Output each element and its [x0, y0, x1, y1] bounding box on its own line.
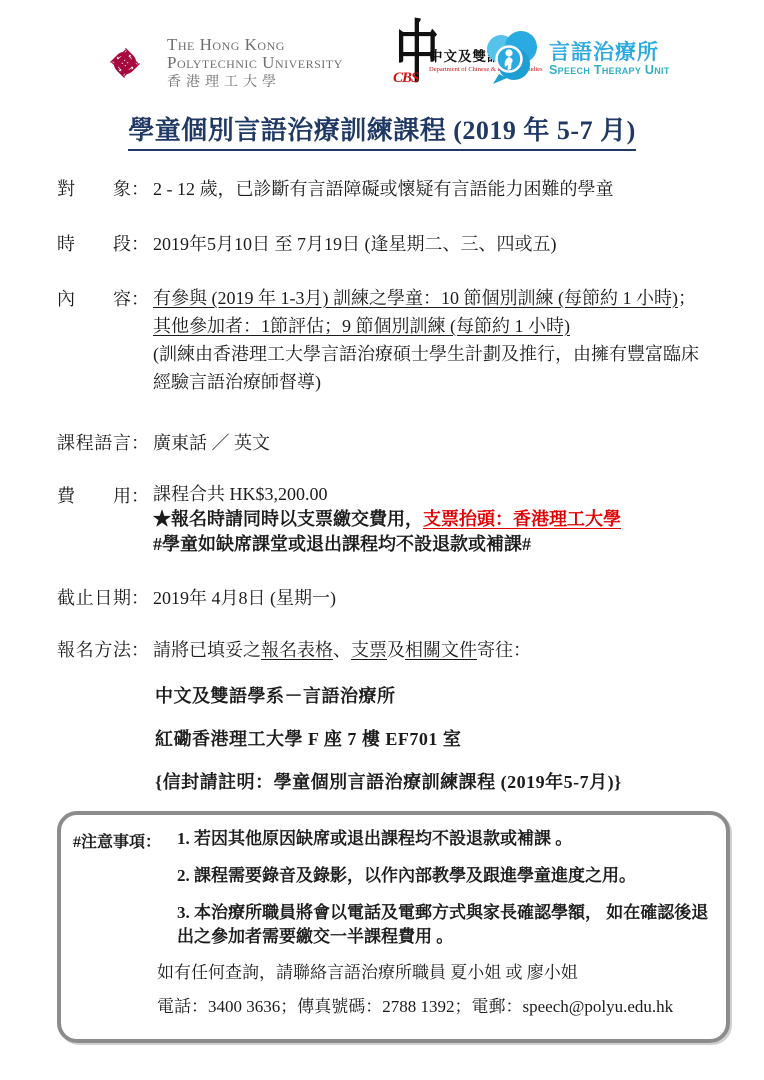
notes-label: #注意事項： — [73, 827, 169, 852]
address-line1: 中文及雙語學系－言語治療所 — [155, 682, 707, 708]
colon: ： — [131, 285, 149, 311]
row-fee: 費用： 課程合共 HK$3,200.00 ★報名時請同時以支票繳交費用，支票抬頭… — [57, 482, 707, 558]
notes-items: 1. 若因其他原因缺席或退出課程均不設退款或補課 。 2. 課程需要錄音及錄影，… — [177, 827, 710, 961]
speech-therapy-unit-logo: 言語治療所 Speech Therapy Unit — [481, 30, 670, 88]
mailing-address: 中文及雙語學系－言語治療所 紅磡香港理工大學 F 座 7 樓 EF701 室 {… — [155, 682, 707, 794]
flyer-page: P P P P The Hong Kong Polytechnic Univer… — [0, 0, 764, 1080]
address-line2: 紅磡香港理工大學 F 座 7 樓 EF701 室 — [155, 725, 707, 751]
polyu-name-chinese: 香港理工大學 — [167, 75, 343, 90]
details-line1: 有參與 (2019 年 1-3月) 訓練之學童：10 節個別訓練 (每節約 1 … — [153, 285, 707, 313]
details-line3: (訓練由香港理工大學言語治療碩士學生計劃及推行，由擁有豐富臨床經驗言語治療師督導… — [153, 341, 707, 397]
fee-amount: 課程合共 HK$3,200.00 — [153, 482, 707, 507]
page-title: 學童個別言語治療訓練課程 (2019 年 5-7 月) — [128, 110, 635, 151]
period-text: 2019年5月10日 至 7月19日 (逢星期二、三、四或五) — [153, 230, 707, 256]
apply-suffix: 寄往： — [477, 640, 531, 660]
fee-cheque-payee: 支票抬頭：香港理工大學 — [423, 509, 621, 529]
polyu-logo-text: The Hong Kong Polytechnic University 香港理… — [167, 36, 343, 91]
note-item-1: 1. 若因其他原因缺席或退出課程均不設退款或補課 。 — [177, 827, 710, 851]
row-apply: 報名方法： 請將已填妥之報名表格、支票及相關文件寄往： — [57, 636, 707, 662]
details-line1-tail: ； — [678, 288, 696, 308]
polyu-name-line2: Polytechnic University — [167, 54, 343, 72]
apply-sep1: 、 — [333, 640, 351, 660]
header-logos: P P P P The Hong Kong Polytechnic Univer… — [57, 28, 707, 106]
stu-title: 言語治療所 — [549, 41, 670, 63]
cbs-monogram: CBS — [393, 70, 418, 87]
fee-text: 課程合共 HK$3,200.00 ★報名時請同時以支票繳交費用，支票抬頭：香港理… — [153, 482, 707, 558]
deadline-label: 截止日期 — [57, 584, 131, 610]
row-audience: 對象： 2 - 12 歲，已診斷有言語障礙或懷疑有言語能力困難的學童 — [57, 175, 707, 201]
colon: ： — [131, 636, 149, 662]
row-period: 時段： 2019年5月10日 至 7月19日 (逢星期二、三、四或五) — [57, 230, 707, 256]
polyu-name-line1: The Hong Kong — [167, 36, 343, 54]
colon: ： — [131, 175, 149, 201]
apply-cheque: 支票 — [351, 640, 387, 660]
apply-label: 報名方法 — [57, 636, 131, 662]
apply-text: 請將已填妥之報名表格、支票及相關文件寄往： — [153, 636, 707, 662]
notes-contact: 如有任何查詢，請聯絡言語治療所職員 夏小姐 或 廖小姐 電話：3400 3636… — [157, 961, 710, 1019]
colon: ： — [131, 230, 149, 256]
period-label: 時段 — [57, 230, 131, 256]
apply-form: 報名表格 — [261, 640, 333, 660]
contact-phone-fax-email-line: 電話：3400 3636；傳真號碼：2788 1392；電郵：speech@po… — [157, 995, 710, 1019]
speech-bubble-icon — [481, 30, 543, 88]
apply-sep2: 及 — [387, 640, 405, 660]
colon: ： — [131, 429, 149, 455]
deadline-text: 2019年 4月8日 (星期一) — [153, 584, 707, 610]
fee-payment-line: ★報名時請同時以支票繳交費用，支票抬頭：香港理工大學 — [153, 507, 707, 532]
polyu-logo: P P P P The Hong Kong Polytechnic Univer… — [93, 34, 343, 92]
row-language: 課程語言： 廣東話 ／ 英文 — [57, 429, 707, 455]
notes-box: #注意事項： 1. 若因其他原因缺席或退出課程均不設退款或補課 。 2. 課程需… — [57, 811, 730, 1043]
colon: ： — [131, 482, 149, 508]
row-deadline: 截止日期： 2019年 4月8日 (星期一) — [57, 584, 707, 610]
fee-label: 費用 — [57, 482, 131, 508]
language-text: 廣東話 ／ 英文 — [153, 429, 707, 455]
fee-no-refund-note: #學童如缺席課堂或退出課程均不設退款或補課# — [153, 532, 707, 557]
apply-prefix: 請將已填妥之 — [153, 640, 261, 660]
details-line2-underlined: 其他參加者：1節評估；9 節個別訓練 (每節約 1 小時) — [153, 316, 570, 336]
apply-documents: 相關文件 — [405, 640, 477, 660]
stu-subtitle: Speech Therapy Unit — [549, 64, 670, 77]
address-line3: {信封請註明：學童個別言語治療訓練課程 (2019年5-7月)} — [155, 768, 707, 794]
row-details: 內容： 有參與 (2019 年 1-3月) 訓練之學童：10 節個別訓練 (每節… — [57, 285, 707, 397]
language-label: 課程語言 — [57, 429, 131, 455]
fee-payment-prefix: ★報名時請同時以支票繳交費用， — [153, 509, 423, 529]
contact-enquiry-line: 如有任何查詢，請聯絡言語治療所職員 夏小姐 或 廖小姐 — [157, 961, 710, 985]
polyu-knot-icon: P P P P — [93, 34, 157, 92]
audience-text: 2 - 12 歲，已診斷有言語障礙或懷疑有言語能力困難的學童 — [153, 175, 707, 201]
stu-logo-text: 言語治療所 Speech Therapy Unit — [549, 41, 670, 77]
details-line1-underlined: 有參與 (2019 年 1-3月) 訓練之學童：10 節個別訓練 (每節約 1 … — [153, 288, 678, 308]
colon: ： — [131, 584, 149, 610]
details-label: 內容 — [57, 285, 131, 311]
audience-label: 對象 — [57, 175, 131, 201]
note-item-2: 2. 課程需要錄音及錄影，以作內部教學及跟進學童進度之用。 — [177, 864, 710, 888]
details-text: 有參與 (2019 年 1-3月) 訓練之學童：10 節個別訓練 (每節約 1 … — [153, 285, 707, 397]
note-item-3: 3. 本治療所職員將會以電話及電郵方式與家長確認學額， 如在確認後退出之參加者需… — [177, 901, 710, 949]
details-line2: 其他參加者：1節評估；9 節個別訓練 (每節約 1 小時) — [153, 313, 707, 341]
cbs-calligraphy-icon: 中 CBS — [393, 26, 427, 106]
notes-top: #注意事項： 1. 若因其他原因缺席或退出課程均不設退款或補課 。 2. 課程需… — [73, 827, 710, 961]
